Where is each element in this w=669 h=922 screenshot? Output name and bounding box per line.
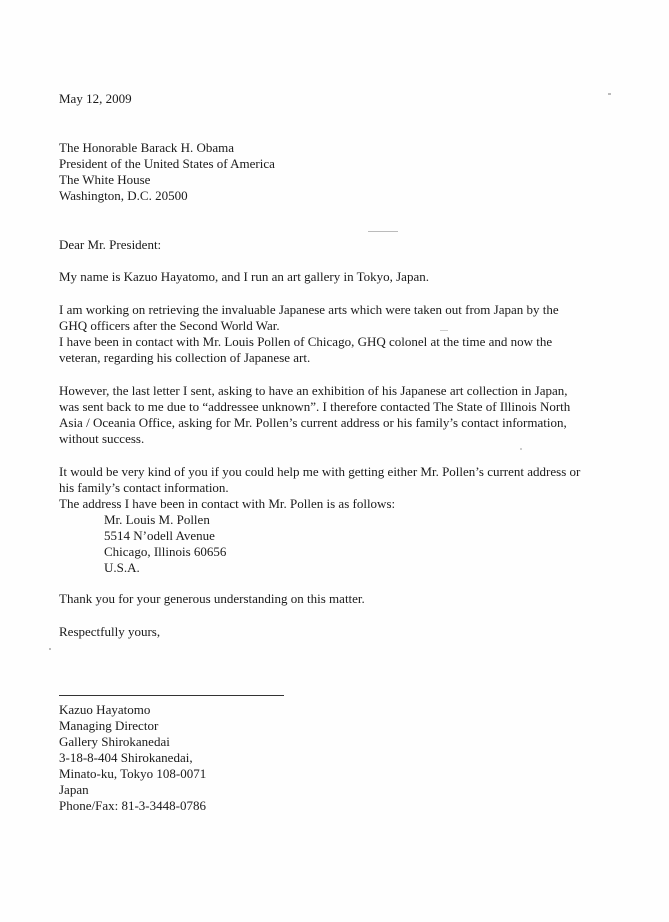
- paragraph-line: GHQ officers after the Second World War.: [59, 318, 280, 334]
- contact-address-line: Chicago, Illinois 60656: [104, 544, 226, 560]
- signature-line-text: Managing Director: [59, 718, 158, 734]
- signature-line-text: Kazuo Hayatomo: [59, 702, 150, 718]
- contact-address-line: Mr. Louis M. Pollen: [104, 512, 210, 528]
- signature-line: [59, 695, 284, 696]
- scan-mark: [520, 448, 522, 450]
- paragraph-intro: My name is Kazuo Hayatomo, and I run an …: [59, 269, 429, 285]
- letter-page: May 12, 2009 The Honorable Barack H. Oba…: [0, 0, 669, 922]
- contact-address-line: U.S.A.: [104, 560, 140, 576]
- signature-line-text: Gallery Shirokanedai: [59, 734, 170, 750]
- paragraph-line: I am working on retrieving the invaluabl…: [59, 302, 615, 318]
- scan-mark: [440, 330, 448, 331]
- paragraph-line: The address I have been in contact with …: [59, 496, 395, 512]
- scan-mark: [368, 231, 398, 232]
- recipient-line: Washington, D.C. 20500: [59, 188, 188, 204]
- letter-date: May 12, 2009: [59, 91, 132, 107]
- paragraph-line: However, the last letter I sent, asking …: [59, 383, 615, 399]
- paragraph-line: was sent back to me due to “addressee un…: [59, 399, 615, 415]
- recipient-line: The Honorable Barack H. Obama: [59, 140, 234, 156]
- paragraph-line: veteran, regarding his collection of Jap…: [59, 350, 310, 366]
- scan-mark: [49, 648, 51, 650]
- paragraph-line: without success.: [59, 431, 144, 447]
- salutation: Dear Mr. President:: [59, 237, 161, 253]
- signature-line-text: Phone/Fax: 81-3-3448-0786: [59, 798, 206, 814]
- paragraph-line: I have been in contact with Mr. Louis Po…: [59, 334, 615, 350]
- signature-line-text: Minato-ku, Tokyo 108-0071: [59, 766, 206, 782]
- closing: Respectfully yours,: [59, 624, 160, 640]
- paragraph-line: Asia / Oceania Office, asking for Mr. Po…: [59, 415, 615, 431]
- contact-address-line: 5514 N’odell Avenue: [104, 528, 215, 544]
- signature-line-text: 3-18-8-404 Shirokanedai,: [59, 750, 193, 766]
- paragraph-line: It would be very kind of you if you coul…: [59, 464, 615, 480]
- signature-line-text: Japan: [59, 782, 89, 798]
- paragraph-line: his family’s contact information.: [59, 480, 229, 496]
- recipient-line: President of the United States of Americ…: [59, 156, 275, 172]
- scan-mark: [608, 93, 611, 95]
- recipient-line: The White House: [59, 172, 150, 188]
- thanks-line: Thank you for your generous understandin…: [59, 591, 365, 607]
